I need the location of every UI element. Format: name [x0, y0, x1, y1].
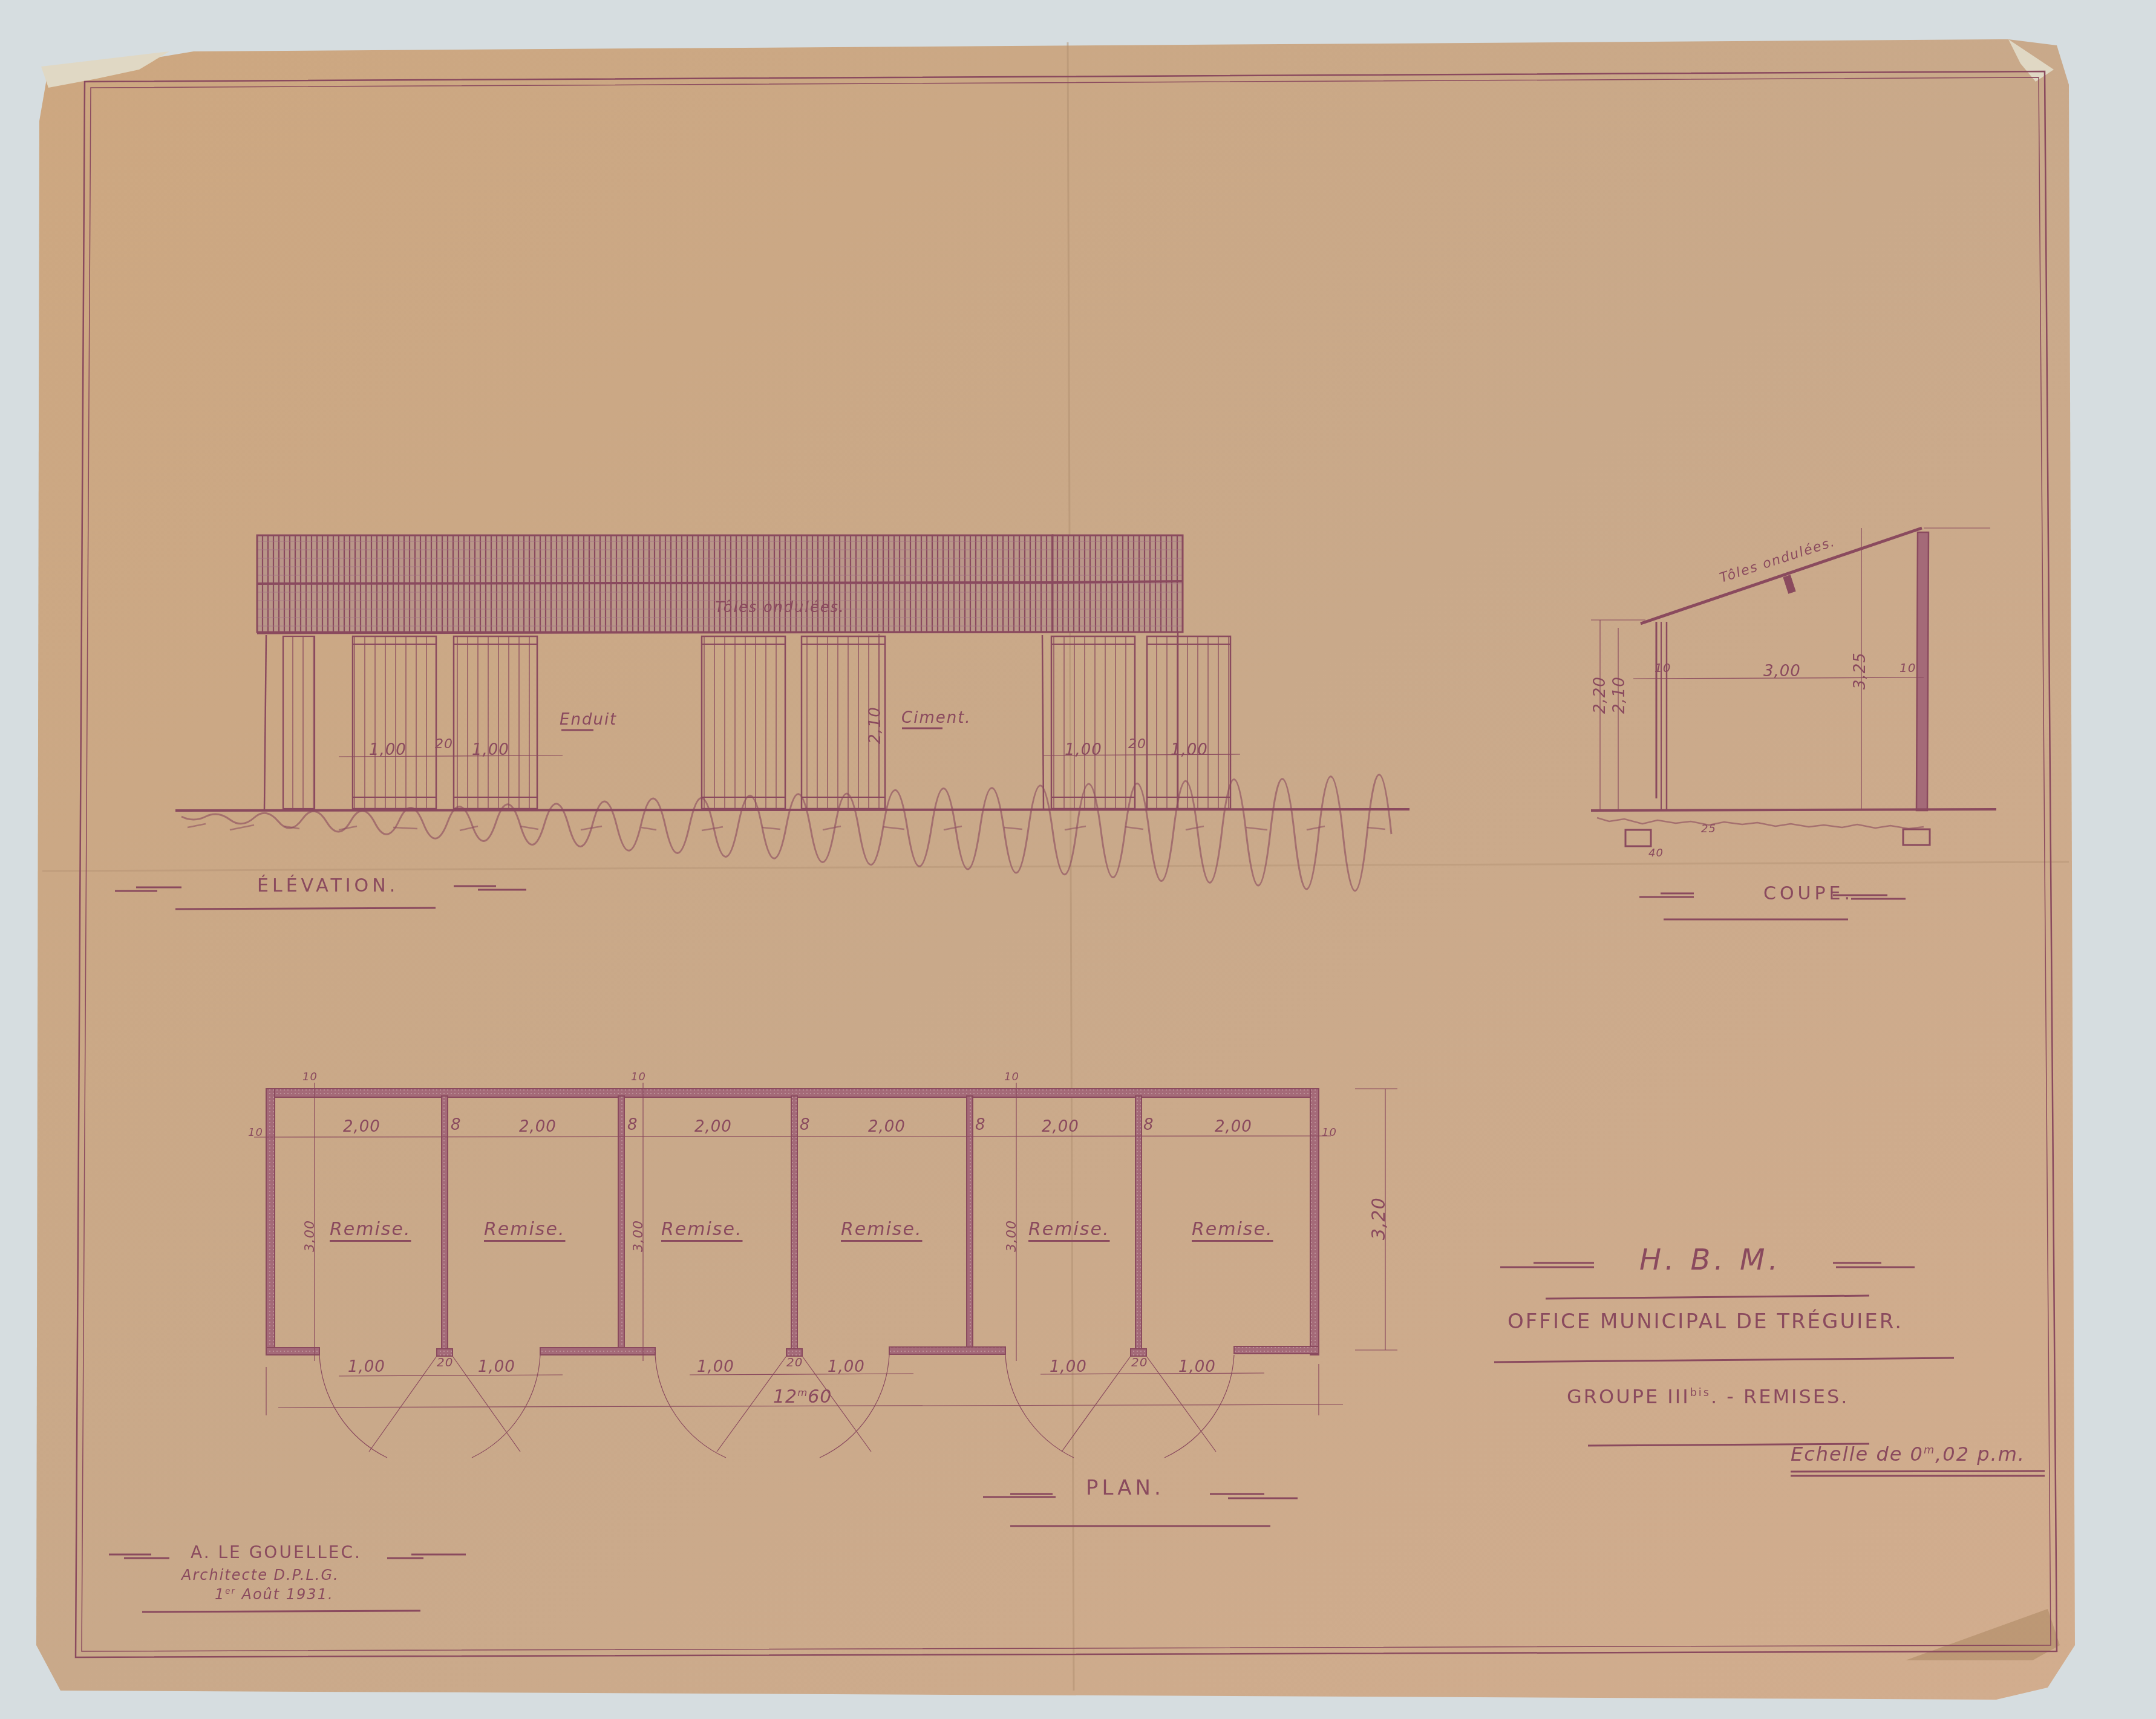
plan-partition-5: 8	[1143, 1116, 1154, 1134]
coupe-footing-depth: 25	[1701, 823, 1716, 835]
group-number: GROUPE III	[1567, 1385, 1690, 1408]
plan-title: PLAN.	[1086, 1476, 1165, 1500]
group-title: GROUPE IIIbis. - REMISES.	[1567, 1385, 1849, 1408]
coupe-post-right: 10	[1900, 661, 1916, 675]
plan-top-wall-1: 10	[302, 1071, 318, 1083]
plan-outer-wall-left: 10	[248, 1126, 263, 1139]
plan-room-label-2: Remise.	[484, 1219, 565, 1240]
plan-partition	[791, 1096, 797, 1350]
plan-room-width-4: 2,00	[868, 1118, 906, 1136]
plan-wall-right	[1310, 1089, 1319, 1355]
client-title: OFFICE MUNICIPAL DE TRÉGUIER.	[1508, 1310, 1903, 1334]
elevation-title: ÉLÉVATION.	[257, 875, 399, 896]
overall-length-meters: 12	[773, 1386, 797, 1407]
plan-room-label-1: Remise.	[330, 1219, 411, 1240]
plan-room-depth-1: 3,00	[302, 1220, 318, 1252]
plan-partition	[1135, 1096, 1142, 1350]
plan-overall-depth: 3,20	[1368, 1197, 1390, 1240]
plan-partition-3: 8	[800, 1116, 811, 1134]
group-suffix: bis	[1690, 1387, 1711, 1399]
plan-partition	[967, 1096, 973, 1350]
plan-room-width-2: 2,00	[519, 1118, 557, 1136]
elevation-door	[1147, 636, 1230, 809]
plan-door-leaf-1: 1,00	[348, 1358, 385, 1376]
elevation-door	[283, 636, 315, 809]
coupe-footing-width: 40	[1648, 847, 1664, 859]
plan-door-leaf-6: 1,00	[1178, 1358, 1216, 1376]
architect-name: A. LE GOUELLEC.	[191, 1542, 362, 1562]
group-name: . - REMISES.	[1711, 1385, 1849, 1408]
date-day-suffix: er	[225, 1587, 236, 1596]
elevation-door	[1051, 636, 1135, 809]
plan-partition-1: 8	[451, 1116, 462, 1134]
coupe-front-height-total: 2,20	[1591, 676, 1609, 714]
plan-partition	[442, 1096, 448, 1350]
plan-door-leaf-5: 1,00	[1050, 1358, 1087, 1376]
elevation-door	[353, 636, 436, 809]
coupe-front-height-door: 2,10	[1610, 676, 1628, 714]
overall-length-cm: 60	[808, 1386, 832, 1407]
plan-room-label-3: Remise.	[661, 1219, 742, 1240]
plan-door-leaf-4: 1,00	[828, 1358, 865, 1376]
elevation-door-gap-1: 20	[435, 737, 453, 752]
plan-overall-length: 12m60	[773, 1386, 832, 1407]
project-title: H. B. M.	[1639, 1243, 1782, 1277]
date-rest: Août 1931.	[241, 1586, 333, 1603]
plan-door-post-1: 20	[437, 1355, 453, 1369]
plan-outer-wall-right: 10	[1322, 1126, 1337, 1139]
plan-partition-4: 8	[975, 1116, 986, 1134]
elevation-door-width-3: 1,00	[1065, 741, 1102, 759]
scale-label: Echelle de 0m,02 p.m.	[1791, 1443, 2025, 1466]
coupe-post-left: 10	[1655, 661, 1671, 675]
plan-door-post-3: 20	[1131, 1355, 1148, 1369]
scale-unit: m	[1924, 1444, 1935, 1456]
plan-door-leaf-2: 1,00	[478, 1358, 515, 1376]
plan-top-wall-2: 10	[631, 1071, 646, 1083]
plan-room-label-5: Remise.	[1028, 1219, 1109, 1240]
elevation-door-width-4: 1,00	[1171, 741, 1208, 759]
plan-room-depth-3: 3,00	[1004, 1220, 1019, 1252]
architect-title: Architecte D.P.L.G.	[181, 1567, 339, 1584]
elevation-door	[702, 636, 785, 809]
plan-room-width-6: 2,00	[1215, 1118, 1252, 1136]
plan-partition-2: 8	[627, 1116, 638, 1134]
elevation-roof-label: Tôles ondulées.	[715, 599, 845, 616]
paper	[36, 39, 2075, 1700]
elevation-wall-label-ciment: Ciment.	[901, 709, 972, 727]
plan-top-wall-3: 10	[1004, 1071, 1019, 1083]
plan-room-label-6: Remise.	[1192, 1219, 1273, 1240]
date-day: 1	[215, 1586, 225, 1603]
elevation-door-gap-2: 20	[1128, 737, 1146, 752]
drawing-date: 1er Août 1931.	[215, 1586, 334, 1603]
elevation-door-height: 2,10	[866, 706, 884, 744]
coupe-rear-height: 3,25	[1851, 652, 1869, 690]
plan-door-post-2: 20	[786, 1355, 803, 1369]
plan-partition	[618, 1096, 624, 1350]
scale-prefix: Echelle de 0	[1791, 1443, 1924, 1466]
plan-room-width-1: 2,00	[343, 1118, 381, 1136]
elevation-door-width-2: 1,00	[472, 741, 509, 759]
plan-room-width-3: 2,00	[694, 1118, 732, 1136]
plan-room-label-4: Remise.	[841, 1219, 922, 1240]
plan-room-width-5: 2,00	[1042, 1118, 1079, 1136]
scale-suffix: ,02 p.m.	[1935, 1443, 2025, 1466]
plan-wall-left	[266, 1089, 275, 1355]
plan-door-leaf-3: 1,00	[697, 1358, 734, 1376]
overall-length-unit: m	[797, 1387, 808, 1398]
elevation-wall-label-enduit: Enduit	[560, 711, 617, 729]
elevation-door	[454, 636, 537, 809]
coupe-title: COUPE.	[1763, 883, 1854, 904]
coupe-span: 3,00	[1763, 662, 1801, 680]
elevation-door-width-1: 1,00	[369, 741, 407, 759]
plan-room-depth-2: 3,00	[631, 1220, 646, 1252]
